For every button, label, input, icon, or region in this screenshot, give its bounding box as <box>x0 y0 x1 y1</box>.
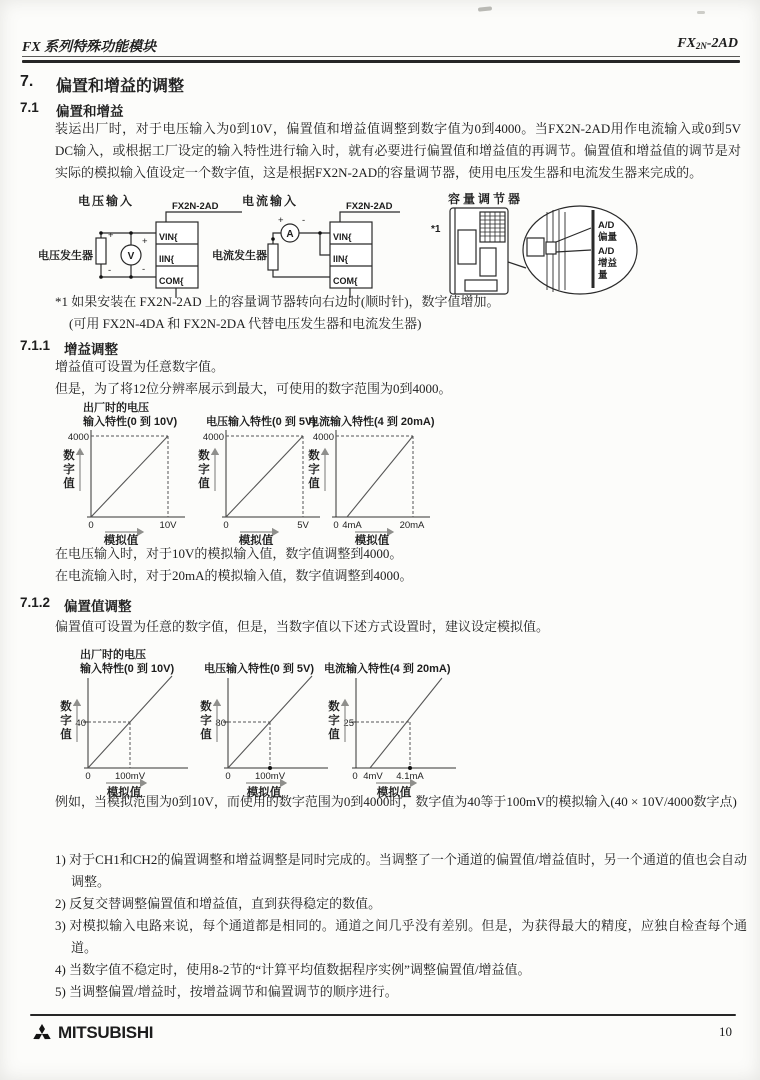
x-offset-tick: 4mV <box>363 771 383 782</box>
gain-notes: 在电压输入时，对于10V的模拟输入值，数字值调整到4000。 在电流输入时，对于… <box>55 543 741 587</box>
section-title: 偏置值调整 <box>64 595 132 615</box>
list-item: 1) 对于CH1和CH2的偏置调整和增益调整是同时完成的。当调整了一个通道的偏置… <box>55 849 747 893</box>
section-7-1-heading: 7.1 偏置和增益 <box>20 100 720 120</box>
y-axis-label: 数 <box>200 699 212 713</box>
model-prefix: FX <box>677 36 696 51</box>
x-max-tick: 10V <box>160 520 178 531</box>
paragraph: 但是，为了将12位分辨率展示到最大，可使用的数字范围为0到4000。 <box>55 378 741 400</box>
capacity-adjuster-diagram: 容量调节器 *1 A/D 偏量 A/D 增益 量 <box>395 190 645 302</box>
chart-title: 输入特性(0 到 10V) <box>82 414 177 428</box>
y-axis-label: 值 <box>62 476 75 490</box>
note-line: 在电压输入时，对于10V的模拟输入值，数字值调整到4000。 <box>55 543 741 565</box>
section-7-1-1-heading: 7.1.1 增益调整 <box>20 338 720 358</box>
ad-gain-label-3: 量 <box>598 269 608 281</box>
minus-mark: - <box>108 265 111 276</box>
terminal-vin: VIN{ <box>333 232 352 242</box>
y-axis-label: 数 <box>60 699 72 713</box>
generator-label: 电流发生器 <box>212 248 267 262</box>
list-item: 2) 反复交替调整偏置值和增益值，直到获得稳定的数值。 <box>55 893 747 915</box>
footnote-line-1: *1 如果安装在 FX2N-2AD 上的容量调节器转向右边时(顺时针)，数字值增… <box>55 291 715 313</box>
minus-mark: - <box>302 215 305 226</box>
y-axis-label: 数 <box>308 448 320 462</box>
mitsubishi-logo-icon <box>30 1022 54 1042</box>
scan-artifact <box>478 6 492 11</box>
section-title: 偏置和增益 <box>56 100 124 120</box>
characteristic-line <box>347 436 413 517</box>
diagram-title: 电流输入 <box>242 193 298 208</box>
axes <box>87 430 185 517</box>
chart-title: 电压输入特性(0 到 5V) <box>204 661 314 675</box>
y-axis-label: 值 <box>59 727 72 741</box>
y-axis-label: 字 <box>328 713 340 727</box>
axis-point <box>268 766 272 770</box>
chart-title: 电流输入特性(4 到 20mA) <box>308 414 435 428</box>
offset-chart-10v: 出厂时的电压 输入特性(0 到 10V) 40 0 100mV 数 字 值 模拟… <box>50 644 195 800</box>
y-axis-label: 值 <box>307 476 320 490</box>
section-number: 7. <box>20 73 56 96</box>
terminal-iin: IIN{ <box>159 254 175 264</box>
three-diamonds <box>33 1024 50 1039</box>
section-7-heading: 7. 偏置和增益的调整 <box>20 73 720 96</box>
section-7-1-paragraph: 装运出厂时，对于电压输入为0到10V，偏置值和增益值调整到数字值为0到4000。… <box>55 118 741 184</box>
y-max-tick: 4000 <box>68 432 89 443</box>
footer-rule <box>30 1014 736 1016</box>
page-number: 10 <box>719 1024 732 1040</box>
axes <box>332 430 430 517</box>
x-origin-tick: 0 <box>85 771 90 782</box>
x-tick: 100mV <box>255 771 286 782</box>
manual-page: FX 系列特殊功能模块 FX2N-2AD 7. 偏置和增益的调整 7.1 偏置和… <box>0 0 760 1080</box>
example-paragraph: 例如，当模拟范围为0到10V，而使用的数字范围为0到4000时，数字值为40等于… <box>55 791 745 813</box>
chart-title: 输入特性(0 到 10V) <box>79 661 174 675</box>
chart-title: 电流输入特性(4 到 20mA) <box>324 661 451 675</box>
y-max-tick: 4000 <box>203 432 224 443</box>
gain-chart-10v: 出厂时的电压 输入特性(0 到 10V) 4000 0 10V 数 字 值 模拟… <box>55 399 190 545</box>
section-number: 7.1.1 <box>20 338 64 358</box>
ad-offset-label-1: A/D <box>598 220 615 231</box>
minus-mark: - <box>142 264 145 275</box>
ammeter-symbol: A <box>286 229 293 240</box>
note-line: 在电流输入时，对于20mA的模拟输入值，数字值调整到4000。 <box>55 565 741 587</box>
x-origin-tick: 0 <box>223 520 228 531</box>
x-origin-tick: 0 <box>352 771 357 782</box>
model-subscript: 2N <box>696 41 707 51</box>
section-number: 7.1 <box>20 100 56 120</box>
section-7-1-2-paragraph: 偏置值可设置为任意的数字值，但是，当数字值以下述方式设置时，建议设定模拟值。 <box>55 616 741 638</box>
footer-brand: MITSUBISHI <box>58 1023 153 1043</box>
footnote-line-2: (可用 FX2N-4DA 和 FX2N-2DA 代替电压发生器和电流发生器) <box>55 313 715 335</box>
y-axis-label: 值 <box>197 476 210 490</box>
paragraph: 增益值可设置为任意数字值。 <box>55 356 741 378</box>
procedure-list: 1) 对于CH1和CH2的偏置调整和增益调整是同时完成的。当调整了一个通道的偏置… <box>55 849 747 1003</box>
x-origin-tick: 0 <box>333 520 338 531</box>
plus-mark: + <box>278 215 284 226</box>
list-item: 5) 当调整偏置/增益时，按增益调节和偏置调节的顺序进行。 <box>55 981 747 1003</box>
y-axis-label: 字 <box>198 462 210 476</box>
y-max-tick: 4000 <box>313 432 334 443</box>
section-number: 7.1.2 <box>20 595 64 615</box>
gain-chart-20ma: 电流输入特性(4 到 20mA) 4000 0 4mA 20mA 数 字 值 模… <box>300 399 435 545</box>
terminal-com: COM{ <box>333 276 358 286</box>
section-7-1-1-paragraphs: 增益值可设置为任意数字值。 但是，为了将12位分辨率展示到最大，可使用的数字范围… <box>55 356 741 400</box>
ad-gain-label-1: A/D <box>598 246 615 257</box>
y-axis-label: 值 <box>199 727 212 741</box>
section-7-1-2-heading: 7.1.2 偏置值调整 <box>20 595 720 615</box>
terminal-com: COM{ <box>159 276 184 286</box>
y-axis-label: 字 <box>308 462 320 476</box>
y-axis-label: 值 <box>327 727 340 741</box>
diagram-title: 容量调节器 <box>448 191 523 206</box>
characteristic-line <box>226 436 303 517</box>
x-origin-tick: 0 <box>88 520 93 531</box>
x-offset-tick: 4mA <box>342 520 362 531</box>
x-tick: 100mV <box>115 771 146 782</box>
header-left-title: FX 系列特殊功能模块 <box>22 36 156 56</box>
section-title: 增益调整 <box>64 338 118 358</box>
characteristic-line <box>91 436 168 517</box>
list-item: 4) 当数字值不稳定时，使用8-2节的“计算平均值数据程序实例”调整偏置值/增益… <box>55 959 747 981</box>
y-axis-label: 字 <box>200 713 212 727</box>
offset-chart-20ma: 电流输入特性(4 到 20mA) 25 0 4mV 4.1mA 数 字 值 模拟… <box>318 644 463 800</box>
y-axis-label: 数 <box>198 448 210 462</box>
scan-artifact <box>697 11 705 14</box>
characteristic-line <box>370 678 442 768</box>
module-label: FX2N-2AD <box>346 201 393 212</box>
y-axis-label: 数 <box>328 699 340 713</box>
diagram-title: 电压输入 <box>78 193 134 208</box>
plus-mark: + <box>108 230 114 241</box>
list-item: 3) 对模拟输入电路来说，每个通道都是相同的。通道之间几乎没有差别。但是，为获得… <box>55 915 747 959</box>
header-right-model: FX2N-2AD <box>677 36 738 52</box>
chart-title: 出厂时的电压 <box>80 647 146 661</box>
model-suffix: -2AD <box>707 36 738 51</box>
offset-chart-5v: 电压输入特性(0 到 5V) 80 0 100mV 数 字 值 模拟值 <box>190 644 335 800</box>
chart-title: 出厂时的电压 <box>83 400 149 414</box>
y-axis-label: 字 <box>60 713 72 727</box>
generator-label: 电压发生器 <box>38 248 93 262</box>
header-rule-thick <box>22 60 740 63</box>
terminal-iin: IIN{ <box>333 254 349 264</box>
plus-mark: + <box>142 236 148 247</box>
current-input-diagram: 电流输入 电流发生器 A + - VIN{ IIN{ COM{ FX2N-2AD <box>212 192 402 300</box>
guide-lines <box>336 436 413 517</box>
module-drawing <box>450 208 526 294</box>
terminal-vin: VIN{ <box>159 232 178 242</box>
axes <box>352 678 456 768</box>
magnifier-detail <box>523 206 637 294</box>
ad-gain-label-2: 增益 <box>598 257 618 269</box>
y-axis-label: 数 <box>63 448 75 462</box>
section-title: 偏置和增益的调整 <box>56 73 184 96</box>
footnote-ref: *1 <box>431 224 441 235</box>
axis-point <box>408 766 412 770</box>
x-tick: 4.1mA <box>396 771 424 782</box>
x-origin-tick: 0 <box>225 771 230 782</box>
y-axis-label: 字 <box>63 462 75 476</box>
ad-offset-label-2: 偏量 <box>598 231 618 243</box>
footnote: *1 如果安装在 FX2N-2AD 上的容量调节器转向右边时(顺时针)，数字值增… <box>55 291 715 335</box>
header-rule-thin <box>22 56 740 57</box>
x-max-tick: 20mA <box>400 520 425 531</box>
voltmeter-symbol: V <box>128 251 135 262</box>
